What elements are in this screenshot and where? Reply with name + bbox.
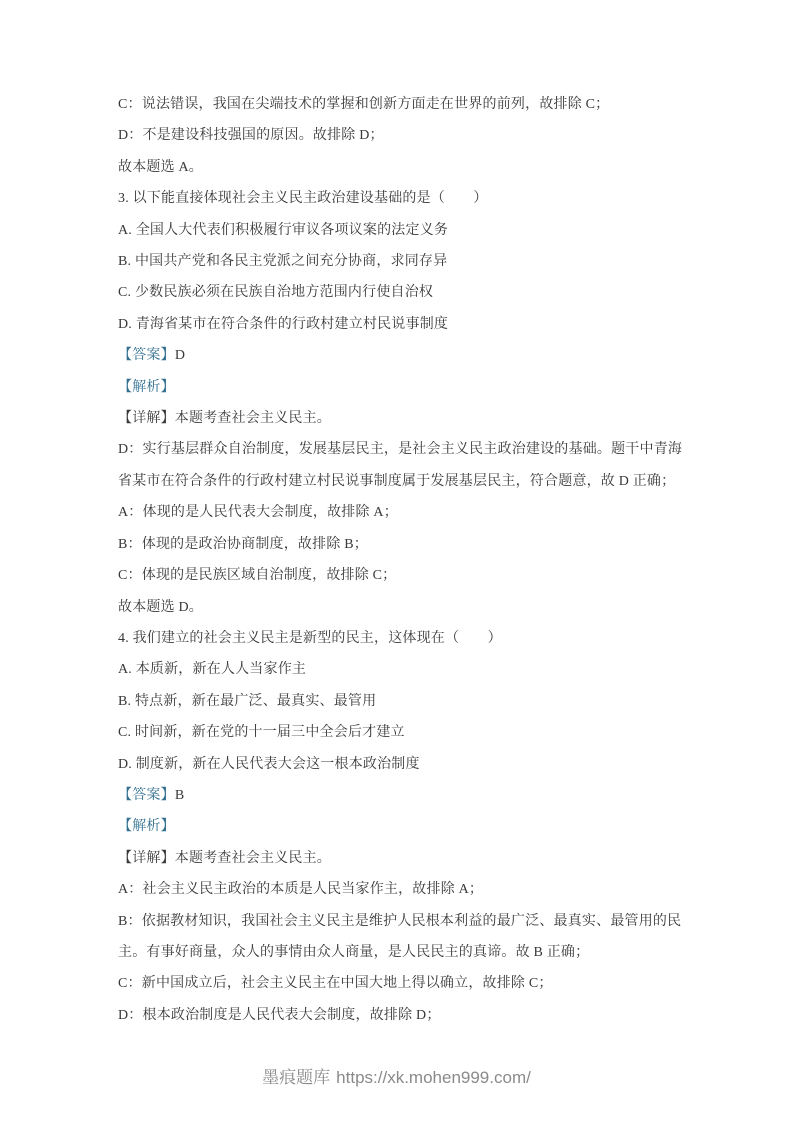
line-text: C. 时间新，新在党的十一届三中全会后才建立: [118, 725, 405, 740]
explanation-line: B：依据教材知识，我国社会主义民主是维护人民根本利益的最广泛、最真实、最管用的民: [118, 906, 680, 937]
explanation-line: D：不是建设科技强国的原因。故排除 D；: [118, 120, 680, 151]
footer-site-name: 墨痕题库: [262, 1068, 330, 1087]
explanation-line: D：根本政治制度是人民代表大会制度，故排除 D；: [118, 1000, 680, 1031]
line-text: 主。有事好商量，众人的事情由众人商量，是人民民主的真谛。故 B 正确；: [118, 945, 589, 960]
detail-line: 【详解】本题考查社会主义民主。: [118, 403, 680, 434]
line-text: C：新中国成立后，社会主义民主在中国大地上得以确立，故排除 C；: [118, 976, 553, 991]
option-line: B. 特点新，新在最广泛、最真实、最管用: [118, 686, 680, 717]
line-text: 3. 以下能直接体现社会主义民主政治建设基础的是（ ）: [118, 191, 488, 206]
line-text: D. 制度新，新在人民代表大会这一根本政治制度: [118, 757, 420, 772]
option-line: D. 制度新，新在人民代表大会这一根本政治制度: [118, 749, 680, 780]
option-line: C. 少数民族必须在民族自治地方范围内行使自治权: [118, 277, 680, 308]
explanation-line: 省某市在符合条件的行政村建立村民说事制度属于发展基层民主，符合题意，故 D 正确…: [118, 466, 680, 497]
line-text: D：实行基层群众自治制度，发展基层民主，是社会主义民主政治建设的基础。题干中青海: [118, 442, 682, 457]
line-text: A. 全国人大代表们积极履行审议各项议案的法定义务: [118, 223, 448, 238]
line-text: B：依据教材知识，我国社会主义民主是维护人民根本利益的最广泛、最真实、最管用的民: [118, 914, 681, 929]
explanation-line: C：体现的是民族区域自治制度，故排除 C；: [118, 560, 680, 591]
bracket-label: 【解析】: [118, 819, 175, 834]
bracket-label: 【答案】: [118, 348, 175, 363]
explanation-line: C：说法错误，我国在尖端技术的掌握和创新方面走在世界的前列，故排除 C；: [118, 89, 680, 120]
explanation-line: 主。有事好商量，众人的事情由众人商量，是人民民主的真谛。故 B 正确；: [118, 937, 680, 968]
line-text: 省某市在符合条件的行政村建立村民说事制度属于发展基层民主，符合题意，故 D 正确…: [118, 474, 675, 489]
line-text: D：不是建设科技强国的原因。故排除 D；: [118, 128, 384, 143]
conclusion-line: 故本题选 A。: [118, 152, 680, 183]
line-text: B：体现的是政治协商制度，故排除 B；: [118, 537, 368, 552]
line-text: A：社会主义民主政治的本质是人民当家作主，故排除 A；: [118, 882, 483, 897]
line-text: A. 本质新，新在人人当家作主: [118, 662, 306, 677]
line-text: 故本题选 A。: [118, 160, 203, 175]
answer-line: 【答案】D: [118, 340, 680, 371]
answer-line: 【答案】B: [118, 780, 680, 811]
explanation-line: B：体现的是政治协商制度，故排除 B；: [118, 529, 680, 560]
question-content: C：说法错误，我国在尖端技术的掌握和创新方面走在世界的前列，故排除 C； D：不…: [118, 89, 680, 1031]
analysis-line: 【解析】: [118, 811, 680, 842]
bracket-label: 【答案】: [118, 788, 175, 803]
line-text: 4. 我们建立的社会主义民主是新型的民主，这体现在（ ）: [118, 631, 502, 646]
line-text: C：说法错误，我国在尖端技术的掌握和创新方面走在世界的前列，故排除 C；: [118, 97, 609, 112]
line-text: D. 青海省某市在符合条件的行政村建立村民说事制度: [118, 317, 448, 332]
explanation-line: D：实行基层群众自治制度，发展基层民主，是社会主义民主政治建设的基础。题干中青海: [118, 434, 680, 465]
line-text: C. 少数民族必须在民族自治地方范围内行使自治权: [118, 285, 433, 300]
line-text: B: [175, 788, 185, 803]
line-text: A：体现的是人民代表大会制度，故排除 A；: [118, 505, 398, 520]
line-text: B. 特点新，新在最广泛、最真实、最管用: [118, 694, 376, 709]
line-text: B. 中国共产党和各民主党派之间充分协商，求同存异: [118, 254, 447, 269]
option-line: A. 本质新，新在人人当家作主: [118, 654, 680, 685]
option-line: C. 时间新，新在党的十一届三中全会后才建立: [118, 717, 680, 748]
footer-url: https://xk.mohen999.com/: [336, 1068, 531, 1087]
line-text: D: [175, 348, 185, 363]
line-text: C：体现的是民族区域自治制度，故排除 C；: [118, 568, 396, 583]
line-text: 【详解】本题考查社会主义民主。: [118, 411, 331, 426]
explanation-line: A：社会主义民主政治的本质是人民当家作主，故排除 A；: [118, 874, 680, 905]
line-text: 【详解】本题考查社会主义民主。: [118, 851, 331, 866]
detail-line: 【详解】本题考查社会主义民主。: [118, 843, 680, 874]
conclusion-line: 故本题选 D。: [118, 592, 680, 623]
line-text: D：根本政治制度是人民代表大会制度，故排除 D；: [118, 1008, 441, 1023]
document-page: C：说法错误，我国在尖端技术的掌握和创新方面走在世界的前列，故排除 C； D：不…: [0, 0, 793, 1122]
option-line: A. 全国人大代表们积极履行审议各项议案的法定义务: [118, 215, 680, 246]
option-line: D. 青海省某市在符合条件的行政村建立村民说事制度: [118, 309, 680, 340]
line-text: 故本题选 D。: [118, 600, 203, 615]
analysis-line: 【解析】: [118, 372, 680, 403]
explanation-line: A：体现的是人民代表大会制度，故排除 A；: [118, 497, 680, 528]
bracket-label: 【解析】: [118, 380, 175, 395]
explanation-line: C：新中国成立后，社会主义民主在中国大地上得以确立，故排除 C；: [118, 968, 680, 999]
option-line: B. 中国共产党和各民主党派之间充分协商，求同存异: [118, 246, 680, 277]
question-line: 3. 以下能直接体现社会主义民主政治建设基础的是（ ）: [118, 183, 680, 214]
page-footer: 墨痕题库https://xk.mohen999.com/: [0, 1066, 793, 1090]
question-line: 4. 我们建立的社会主义民主是新型的民主，这体现在（ ）: [118, 623, 680, 654]
